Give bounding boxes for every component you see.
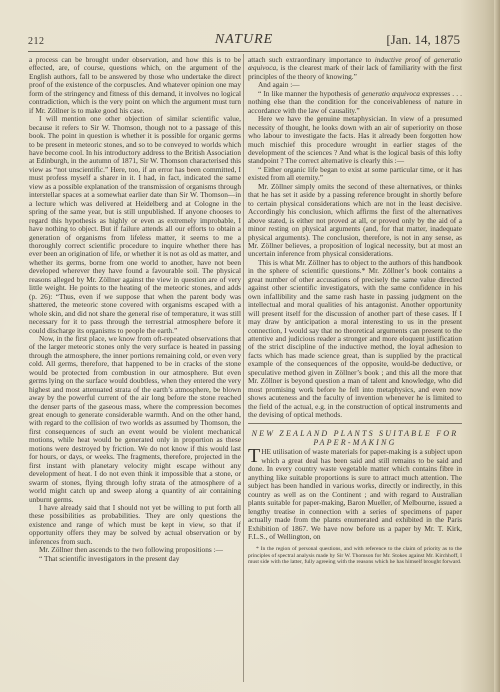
column-divider bbox=[243, 54, 244, 682]
section-title: NEW ZEALAND PLANTS SUITABLE FOR PAPER-MA… bbox=[248, 429, 462, 447]
header-rule bbox=[28, 51, 460, 52]
running-header: 212 NATURE [Jan. 14, 1875 bbox=[28, 28, 460, 50]
paragraph: a process can be brought under observati… bbox=[29, 56, 241, 115]
drop-cap: T bbox=[248, 448, 260, 464]
paragraph: I have already said that I should not ye… bbox=[29, 504, 241, 546]
paragraph: This is what Mr. Zöllner has to object t… bbox=[248, 259, 462, 420]
left-column: a process can be brought under observati… bbox=[29, 56, 241, 563]
right-column: attach such extraordinary importance to … bbox=[248, 56, 462, 566]
issue-date: [Jan. 14, 1875 bbox=[386, 32, 460, 48]
section-rule bbox=[248, 423, 462, 424]
quote-continuation: attach such extraordinary importance to … bbox=[248, 56, 462, 81]
paragraph: I will mention one other objection of si… bbox=[29, 115, 241, 335]
quote: “ Either organic life began to exist at … bbox=[248, 166, 462, 183]
paragraph: Now, in the first place, we know from of… bbox=[29, 335, 241, 504]
quote-start: “ That scientific investigators in the p… bbox=[29, 555, 241, 563]
quote: “ In like manner the hypothesis of gener… bbox=[248, 90, 462, 115]
scanned-page: 212 NATURE [Jan. 14, 1875 a process can … bbox=[0, 0, 500, 692]
paragraph: Here we have the genuine metaphysician. … bbox=[248, 115, 462, 166]
footnote: * In the region of personal questions, a… bbox=[248, 546, 462, 565]
page-edge-shadow bbox=[494, 0, 500, 692]
paragraph: Mr. Zöllner simply omits the second of t… bbox=[248, 183, 462, 259]
section-body: THE utilisation of waste materials for p… bbox=[248, 448, 462, 541]
